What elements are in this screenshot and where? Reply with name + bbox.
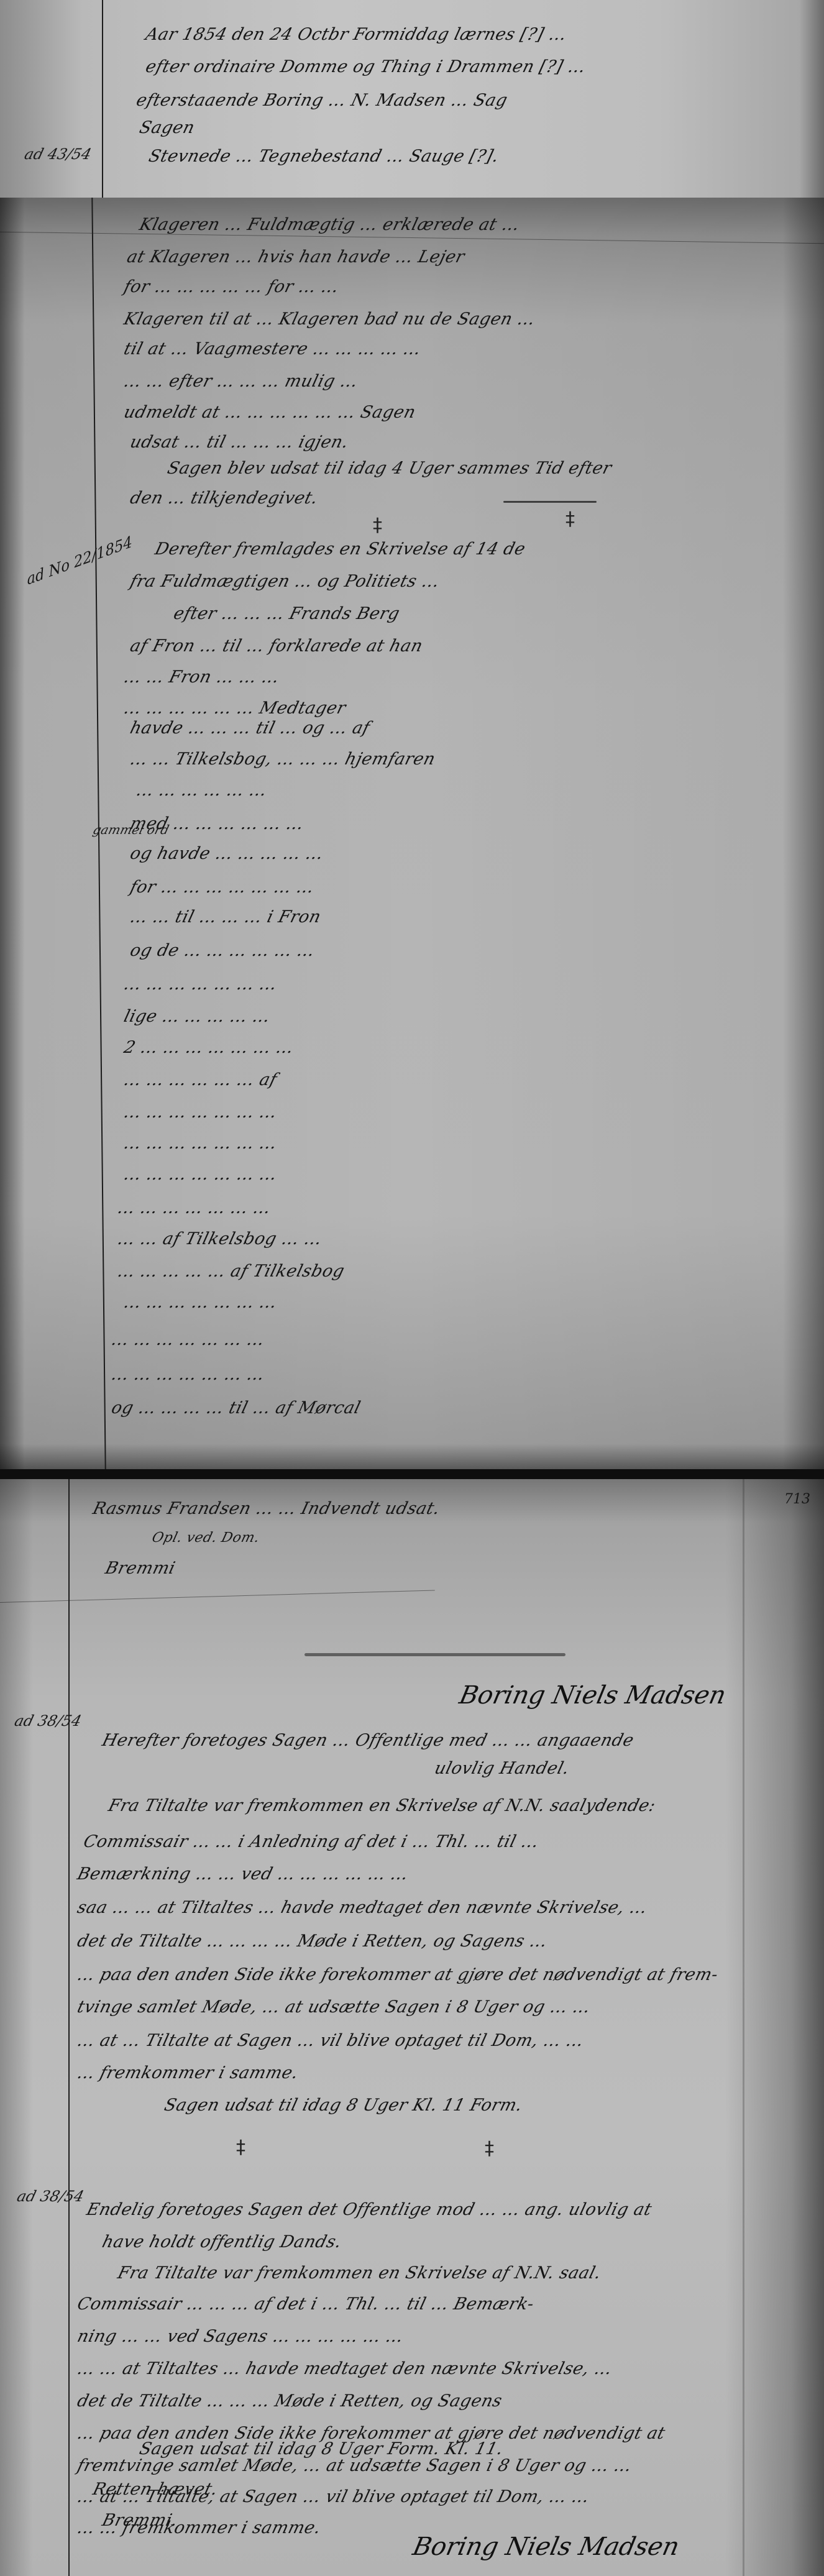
handwritten-line: Sagen udsat til idag 8 Uger Form. Kl. 11… <box>137 2439 505 2459</box>
handwritten-line: Sagen blev udsat til idag 4 Uger sammes … <box>165 459 613 478</box>
page-number: 713 <box>784 1492 810 1507</box>
handwritten-line: Sagen udsat til idag 8 Uger Kl. 11 Form. <box>162 2096 524 2115</box>
handwritten-line: Aar 1854 den 24 Octbr Formiddag lærnes [… <box>144 25 569 44</box>
handwritten-line: det de Tiltalte ... ... ... Møde i Rette… <box>75 2391 504 2411</box>
ledger-strip-2: ad No 22/1854 gammel ord Klageren ... Fu… <box>0 198 824 1469</box>
handwritten-line: fra Fuldmægtigen ... og Politiets ... <box>128 572 441 591</box>
handwritten-line: ... ... ... ... ... ... ... <box>109 1330 267 1349</box>
handwritten-line: Klageren ... Fuldmægtig ... erklærede at… <box>137 215 521 234</box>
handwritten-line: Stevnede ... Tegnebestand ... Sauge [?]. <box>147 147 501 166</box>
handwritten-line: at Klageren ... hvis han havde ... Lejer <box>125 247 467 267</box>
handwritten-line: 2 ... ... ... ... ... ... ... <box>122 1038 296 1057</box>
handwritten-line: ... ... ... ... ... ... ... <box>122 974 279 994</box>
handwritten-line: ... ... Fron ... ... ... <box>122 667 282 687</box>
ruled-line <box>0 1590 435 1603</box>
handwritten-line: Opl. ved. Dom. <box>150 1530 262 1546</box>
section-mark: ‡ <box>373 515 382 536</box>
margin-reference: ad 38/54 <box>13 1712 83 1730</box>
handwritten-line: ... ... Tilkelsbog, ... ... ... hjemfare… <box>128 749 437 769</box>
section-mark: ‡ <box>485 2138 494 2160</box>
handwritten-line: det de Tiltalte ... ... ... ... Møde i R… <box>75 1932 549 1951</box>
handwritten-line: Bremmi. <box>100 2511 180 2530</box>
handwritten-line: ... ... ... ... ... af Tilkelsbog <box>116 1262 346 1281</box>
handwritten-line: ... ... at Tiltaltes ... havde medtaget … <box>75 2359 614 2378</box>
handwritten-line: for ... ... ... ... ... for ... ... <box>122 277 341 296</box>
section-mark: ‡ <box>565 508 575 530</box>
handwritten-line: til at ... Vaagmestere ... ... ... ... .… <box>122 339 423 359</box>
ledger-strip-1: ad 43/54 Aar 1854 den 24 Octbr Formiddag… <box>0 0 824 198</box>
margin-reference: ad 38/54 <box>16 2188 86 2205</box>
handwritten-line: og havde ... ... ... ... ... <box>128 844 326 863</box>
handwritten-line: Herefter foretoges Sagen ... Offentlige … <box>100 1731 636 1750</box>
handwritten-line: efter ... ... ... Frands Berg <box>172 604 401 623</box>
handwritten-line: saa ... ... at Tiltaltes ... havde medta… <box>75 1898 649 1917</box>
handwritten-line: ... ... ... ... ... ... ... <box>122 1165 279 1184</box>
handwritten-line: Sagen <box>137 118 196 137</box>
handwritten-line: ulovlig Handel. <box>433 1759 571 1778</box>
ink-stroke <box>304 1653 565 1656</box>
page-fold <box>743 1479 744 2576</box>
handwritten-line: ... ... ... ... ... ... ... <box>109 1365 267 1384</box>
handwritten-line: Retten hævet. <box>91 2480 220 2499</box>
handwritten-line: efter ordinaire Domme og Thing i Drammen… <box>144 57 588 76</box>
handwritten-line: og ... ... ... ... til ... af Mørcal <box>109 1398 363 1418</box>
handwritten-line: af Fron ... til ... forklarede at han <box>128 636 425 656</box>
handwritten-line: lige ... ... ... ... ... <box>122 1007 272 1026</box>
handwritten-line: ... ... ... ... ... ... ... <box>122 1134 279 1153</box>
handwritten-line: havde ... ... ... til ... og ... af <box>128 718 372 738</box>
handwritten-line: udmeldt at ... ... ... ... ... ... Sagen <box>122 403 418 422</box>
ink-flourish <box>503 501 597 503</box>
case-title: Boring Niels Madsen <box>457 1681 728 1710</box>
handwritten-line: ... ... ... ... ... ... Medtager <box>122 699 348 718</box>
handwritten-line: ning ... ... ved Sagens ... ... ... ... … <box>75 2327 405 2346</box>
handwritten-line: Rasmus Frandsen ... ... Indvendt udsat. <box>91 1499 442 1518</box>
handwritten-line: Fra Tiltalte var fremkommen en Skrivelse… <box>116 2263 603 2283</box>
handwritten-line: ... ... til ... ... ... i Fron <box>128 907 323 927</box>
handwritten-line: tvinge samlet Møde, ... at udsætte Sagen… <box>75 1997 592 2017</box>
handwritten-line: ... ... ... ... ... ... ... <box>116 1198 273 1217</box>
margin-reference: ad No 22/1854 <box>26 533 133 589</box>
handwritten-line: Endelig foretoges Sagen det Offentlige m… <box>85 2200 654 2219</box>
section-mark: ‡ <box>236 2137 245 2158</box>
handwritten-line: og de ... ... ... ... ... ... <box>128 941 317 960</box>
handwritten-line: Fra Tiltalte var fremkommen en Skrivelse… <box>106 1796 657 1815</box>
handwritten-line: efterstaaende Boring ... N. Madsen ... S… <box>134 91 510 110</box>
handwritten-line: Commissair ... ... i Anledning af det i … <box>81 1832 541 1851</box>
signature: Boring Niels Madsen <box>410 2532 682 2561</box>
ledger-strip-3: 713 Rasmus Frandsen ... ... Indvendt uds… <box>0 1479 824 2576</box>
handwritten-line: ... fremkommer i samme. <box>75 2063 300 2083</box>
handwritten-line: ... ... ... ... ... ... ... <box>122 1102 279 1122</box>
handwritten-line: med ... ... ... ... ... ... <box>128 814 306 833</box>
handwritten-line: fremtvinge samlet Møde, ... at udsætte S… <box>75 2456 634 2475</box>
handwritten-line: Bremmi <box>103 1559 177 1578</box>
handwritten-line: ... paa den anden Side ikke forekommer a… <box>75 1965 720 1984</box>
margin-rule <box>102 0 103 198</box>
handwritten-line: have holdt offentlig Dands. <box>100 2232 344 2252</box>
handwritten-line: ... ... af Tilkelsbog ... ... <box>116 1229 324 1249</box>
handwritten-line: ... ... ... ... ... ... af <box>122 1070 279 1089</box>
handwritten-line: Klageren til at ... Klageren bad nu de S… <box>122 309 537 329</box>
margin-reference: ad 43/54 <box>23 145 93 163</box>
handwritten-line: ... at ... Tiltalte at Sagen ... vil bli… <box>75 2031 585 2050</box>
handwritten-line: ... ... efter ... ... ... mulig ... <box>122 372 360 391</box>
handwritten-line: for ... ... ... ... ... ... ... <box>128 878 316 897</box>
handwritten-line: Commissair ... ... ... af det i ... Thl.… <box>75 2294 536 2314</box>
handwritten-line: den ... tilkjendegivet. <box>128 488 320 508</box>
handwritten-line: udsat ... til ... ... ... igjen. <box>128 433 350 452</box>
handwritten-line: Bemærkning ... ... ved ... ... ... ... .… <box>75 1864 410 1884</box>
handwritten-line: Derefter fremlagdes en Skrivelse af 14 d… <box>153 539 528 559</box>
margin-rule <box>68 1479 70 2576</box>
handwritten-line: ... ... ... ... ... ... <box>134 781 269 800</box>
handwritten-line: ... ... ... ... ... ... ... <box>122 1293 279 1312</box>
